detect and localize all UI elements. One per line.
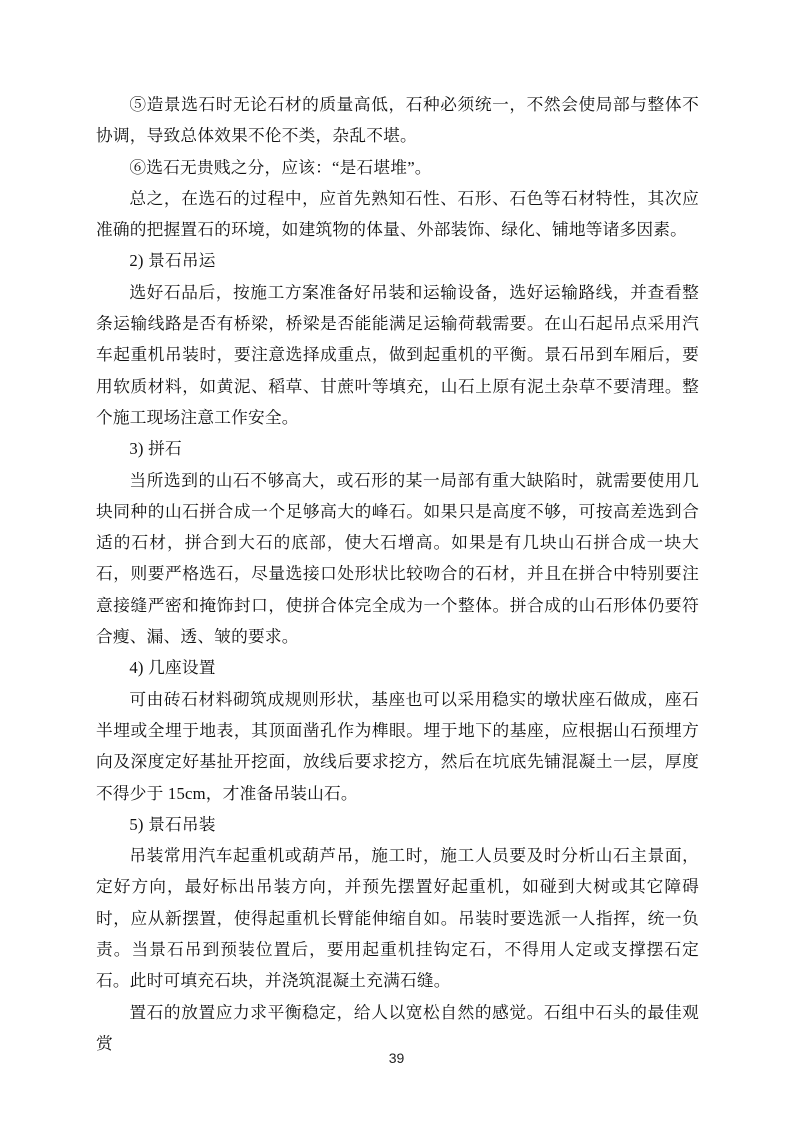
paragraph: ⑤造景选石时无论石材的质量高低，石种必须统一，不然会使局部与整体不协调，导致总体… xyxy=(96,89,699,152)
paragraph: 当所选到的山石不够高大，或石形的某一局部有重大缺陷时，就需要使用几块同种的山石拼… xyxy=(96,465,699,653)
paragraph: 总之，在选石的过程中，应首先熟知石性、石形、石色等石材特性，其次应准确的把握置石… xyxy=(96,183,699,246)
section-heading: 3) 拼石 xyxy=(96,433,699,464)
document-page: ⑤造景选石时无论石材的质量高低，石种必须统一，不然会使局部与整体不协调，导致总体… xyxy=(0,0,793,1122)
paragraph: ⑥选石无贵贱之分，应该：“是石堪堆”。 xyxy=(96,152,699,183)
section-heading: 4) 几座设置 xyxy=(96,652,699,683)
page-number: 39 xyxy=(0,1050,793,1066)
section-heading: 2) 景石吊运 xyxy=(96,245,699,276)
document-body: ⑤造景选石时无论石材的质量高低，石种必须统一，不然会使局部与整体不协调，导致总体… xyxy=(96,89,699,1059)
paragraph: 吊装常用汽车起重机或葫芦吊，施工时，施工人员要及时分析山石主景面，定好方向，最好… xyxy=(96,840,699,996)
paragraph: 可由砖石材料砌筑成规则形状，基座也可以采用稳实的墩状座石做成，座石半埋或全埋于地… xyxy=(96,684,699,809)
section-heading: 5) 景石吊装 xyxy=(96,809,699,840)
paragraph: 选好石品后，按施工方案准备好吊装和运输设备，选好运输路线，并查看整条运输线路是否… xyxy=(96,277,699,433)
